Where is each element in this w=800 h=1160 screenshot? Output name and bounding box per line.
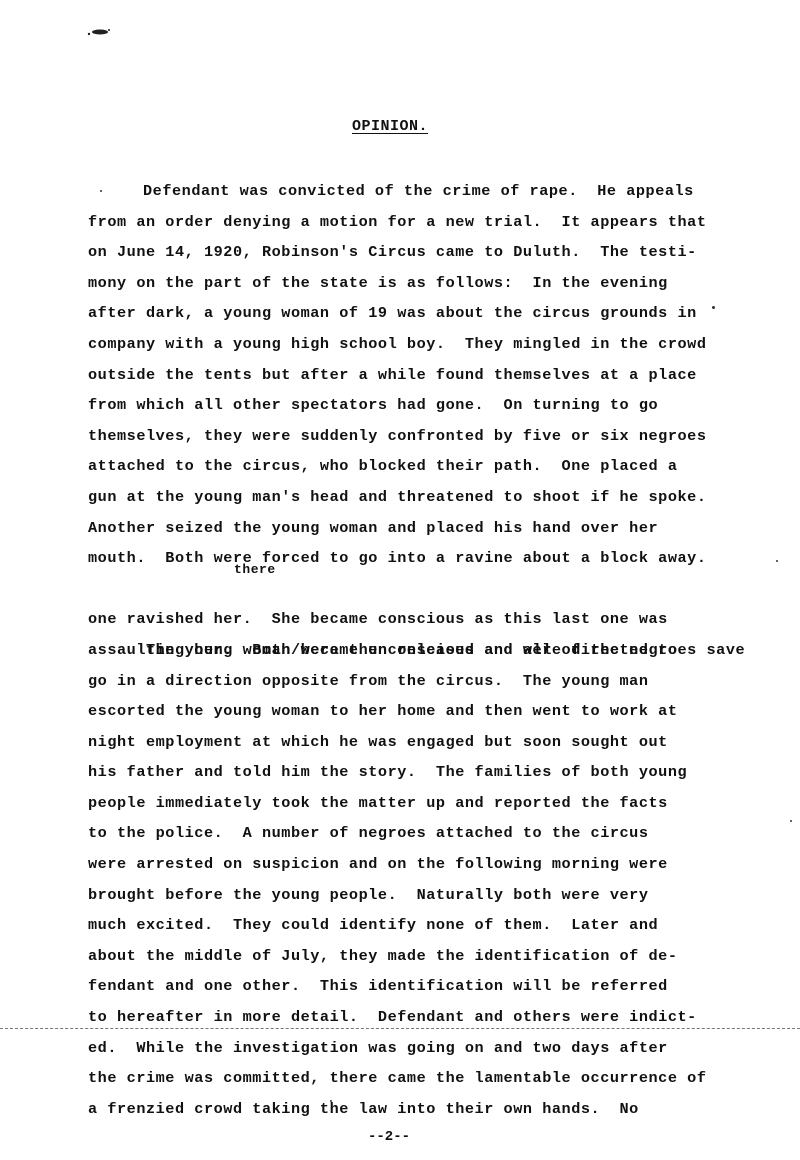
text-line: from an order denying a motion for a new… (88, 207, 748, 238)
text-line: go in a direction opposite from the circ… (88, 666, 748, 697)
text-line: his father and told him the story. The f… (88, 757, 748, 788)
opinion-body: Defendant was convicted of the crime of … (88, 176, 748, 1124)
text-line: mouth. Both were forced to go into a rav… (88, 543, 748, 574)
text-line: escorted the young woman to her home and… (88, 696, 748, 727)
text-line-with-insert: there The young woman/became unconscious… (88, 574, 748, 605)
text-line: from which all other spectators had gone… (88, 390, 748, 421)
scan-speck (790, 820, 792, 822)
text-line: Another seized the young woman and place… (88, 513, 748, 544)
interlinear-insertion: there (234, 563, 276, 576)
scan-speck (330, 1100, 332, 1102)
scan-fold-line (0, 1028, 800, 1029)
text-line: attached to the circus, who blocked thei… (88, 451, 748, 482)
opinion-heading: OPINION. (352, 118, 428, 135)
text-line: people immediately took the matter up an… (88, 788, 748, 819)
text-line: company with a young high school boy. Th… (88, 329, 748, 360)
text-line: night employment at which he was engaged… (88, 727, 748, 758)
text-line: outside the tents but after a while foun… (88, 360, 748, 391)
text-line: were arrested on suspicion and on the fo… (88, 849, 748, 880)
scan-speck (100, 190, 102, 192)
text-line: on June 14, 1920, Robinson's Circus came… (88, 237, 748, 268)
text-line: gun at the young man's head and threaten… (88, 482, 748, 513)
text-line: about the middle of July, they made the … (88, 941, 748, 972)
scan-speck (776, 560, 778, 562)
text-line: assaulting her. Both were then released … (88, 635, 748, 666)
page-number: --2-- (368, 1129, 410, 1145)
document-page: OPINION. Defendant was convicted of the … (0, 0, 800, 1160)
text-line: mony on the part of the state is as foll… (88, 268, 748, 299)
text-line: a frenzied crowd taking the law into the… (88, 1094, 748, 1125)
text-line: Defendant was convicted of the crime of … (88, 176, 748, 207)
text-line: fendant and one other. This identificati… (88, 971, 748, 1002)
text-line: ed. While the investigation was going on… (88, 1033, 748, 1064)
text-line: much excited. They could identify none o… (88, 910, 748, 941)
ink-smudge-mark (85, 28, 115, 36)
scan-speck (712, 306, 715, 309)
text-line: brought before the young people. Natural… (88, 880, 748, 911)
text-line: to the police. A number of negroes attac… (88, 818, 748, 849)
text-line: the crime was committed, there came the … (88, 1063, 748, 1094)
text-line: themselves, they were suddenly confronte… (88, 421, 748, 452)
text-line: one ravished her. She became conscious a… (88, 604, 748, 635)
text-line: after dark, a young woman of 19 was abou… (88, 298, 748, 329)
